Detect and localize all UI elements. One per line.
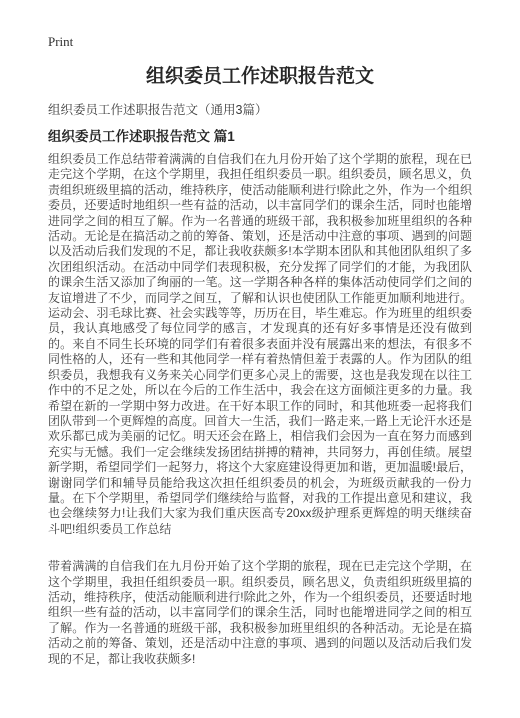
page-title: 组织委员工作述职报告范文 — [48, 64, 472, 90]
section-heading: 组织委员工作述职报告范文 篇1 — [48, 128, 472, 145]
document-page: Print 组织委员工作述职报告范文 组织委员工作述职报告范文（通用3篇） 组织… — [0, 0, 520, 718]
print-button[interactable]: Print — [48, 34, 472, 49]
page-subtitle: 组织委员工作述职报告范文（通用3篇） — [48, 102, 472, 118]
paragraph: 组织委员工作总结带着满满的自信我们在九月份开始了这个学期的旅程，现在已走完这个学… — [48, 152, 472, 537]
paragraph: 带着满满的自信我们在九月份开始了这个学期的旅程，现在已走完这个学期，在这个学期里… — [48, 559, 472, 667]
